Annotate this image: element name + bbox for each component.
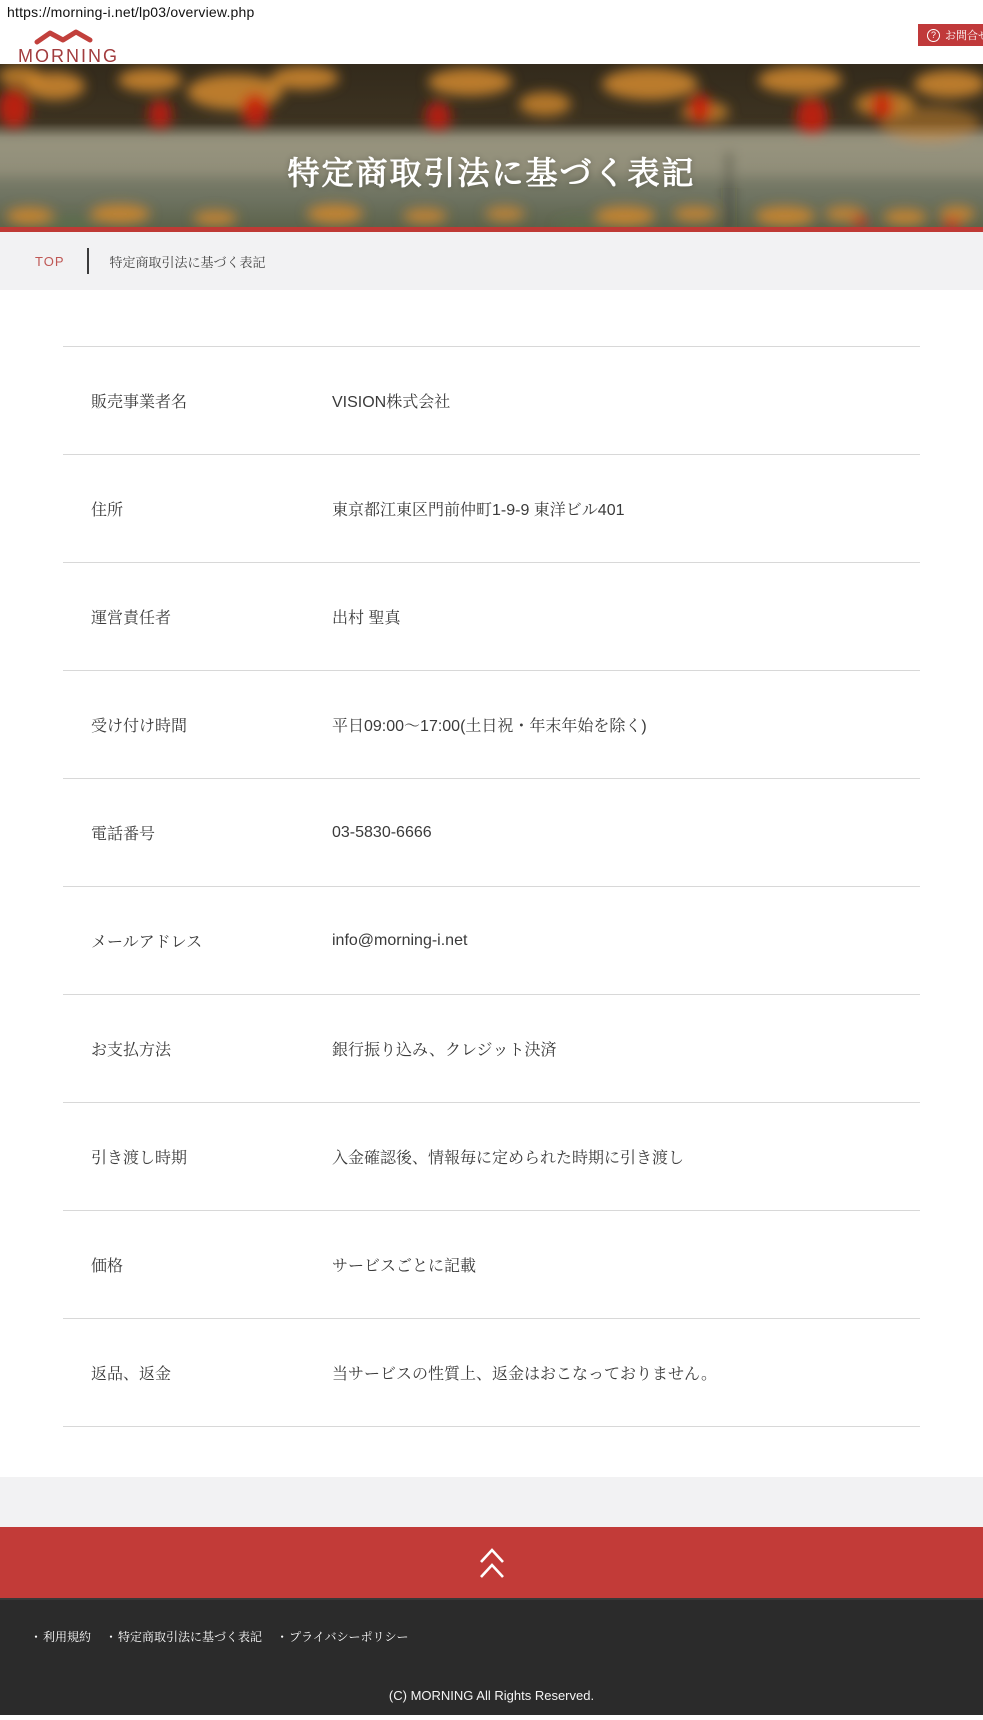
table-row: 価格 サービスごとに記載: [63, 1211, 920, 1319]
site-header: https://morning-i.net/lp03/overview.php …: [0, 0, 983, 64]
back-to-top-band: [0, 1527, 983, 1598]
contact-button[interactable]: ? お問合せ: [918, 24, 983, 46]
footer-link-privacy[interactable]: ・ プライバシーポリシー: [276, 1628, 408, 1645]
main-content: 販売事業者名 VISION株式会社 住所 東京都江東区門前仲町1-9-9 東洋ビ…: [0, 290, 983, 1477]
row-label: メールアドレス: [91, 929, 332, 952]
table-row: 販売事業者名 VISION株式会社: [63, 347, 920, 455]
table-row: メールアドレス info@morning-i.net: [63, 887, 920, 995]
table-row: お支払方法 銀行振り込み、クレジット決済: [63, 995, 920, 1103]
row-label: 販売事業者名: [91, 389, 332, 412]
row-label: 受け付け時間: [91, 713, 332, 736]
logo[interactable]: MORNING: [18, 29, 118, 67]
breadcrumb: TOP 特定商取引法に基づく表記: [0, 232, 983, 290]
row-label: 返品、返金: [91, 1361, 332, 1384]
row-value: 03-5830-6666: [332, 824, 432, 842]
contact-button-label: お問合せ: [945, 27, 983, 43]
row-label: 運営責任者: [91, 605, 332, 628]
table-row: 返品、返金 当サービスの性質上、返金はおこなっておりません。: [63, 1319, 920, 1427]
legal-info-table: 販売事業者名 VISION株式会社 住所 東京都江東区門前仲町1-9-9 東洋ビ…: [63, 346, 920, 1427]
table-row: 電話番号 03-5830-6666: [63, 779, 920, 887]
back-to-top-button[interactable]: [478, 1546, 506, 1580]
row-value: VISION株式会社: [332, 389, 450, 412]
row-value: 出村 聖真: [332, 605, 400, 628]
breadcrumb-top-link[interactable]: TOP: [35, 254, 65, 269]
bullet: ・: [30, 1628, 42, 1645]
chevron-double-up-icon: [478, 1546, 506, 1580]
breadcrumb-divider: [87, 248, 89, 274]
footer-link-label: 利用規約: [43, 1628, 91, 1645]
row-label: 引き渡し時期: [91, 1145, 332, 1168]
table-row: 住所 東京都江東区門前仲町1-9-9 東洋ビル401: [63, 455, 920, 563]
logo-zigzag-icon: [34, 29, 96, 45]
bullet: ・: [105, 1628, 117, 1645]
row-label: 電話番号: [91, 821, 332, 844]
row-value: 入金確認後、情報毎に定められた時期に引き渡し: [332, 1145, 684, 1168]
row-value: info@morning-i.net: [332, 932, 467, 950]
table-row: 受け付け時間 平日09:00〜17:00(土日祝・年末年始を除く): [63, 671, 920, 779]
spacer-band: [0, 1477, 983, 1527]
footer: ・ 利用規約 ・ 特定商取引法に基づく表記 ・ プライバシーポリシー (C) M…: [0, 1598, 983, 1715]
page-url: https://morning-i.net/lp03/overview.php: [7, 4, 255, 20]
row-value: 銀行振り込み、クレジット決済: [332, 1037, 557, 1060]
row-label: 住所: [91, 497, 332, 520]
hero: 特定商取引法に基づく表記: [0, 64, 983, 232]
row-value: サービスごとに記載: [332, 1253, 476, 1276]
breadcrumb-current: 特定商取引法に基づく表記: [110, 252, 266, 271]
footer-link-terms[interactable]: ・ 利用規約: [30, 1628, 91, 1645]
row-label: お支払方法: [91, 1037, 332, 1060]
bullet: ・: [276, 1628, 288, 1645]
table-row: 引き渡し時期 入金確認後、情報毎に定められた時期に引き渡し: [63, 1103, 920, 1211]
footer-link-legal[interactable]: ・ 特定商取引法に基づく表記: [105, 1628, 262, 1645]
page-title: 特定商取引法に基づく表記: [0, 148, 983, 194]
row-value: 東京都江東区門前仲町1-9-9 東洋ビル401: [332, 497, 625, 520]
table-row: 運営責任者 出村 聖真: [63, 563, 920, 671]
copyright: (C) MORNING All Rights Reserved.: [0, 1688, 983, 1703]
page: https://morning-i.net/lp03/overview.php …: [0, 0, 983, 1720]
footer-link-label: プライバシーポリシー: [289, 1628, 408, 1645]
question-circle-icon: ?: [927, 29, 940, 42]
footer-links: ・ 利用規約 ・ 特定商取引法に基づく表記 ・ プライバシーポリシー: [30, 1628, 408, 1645]
row-label: 価格: [91, 1253, 332, 1276]
footer-link-label: 特定商取引法に基づく表記: [118, 1628, 262, 1645]
row-value: 平日09:00〜17:00(土日祝・年末年始を除く): [332, 713, 647, 736]
row-value: 当サービスの性質上、返金はおこなっておりません。: [332, 1361, 717, 1384]
